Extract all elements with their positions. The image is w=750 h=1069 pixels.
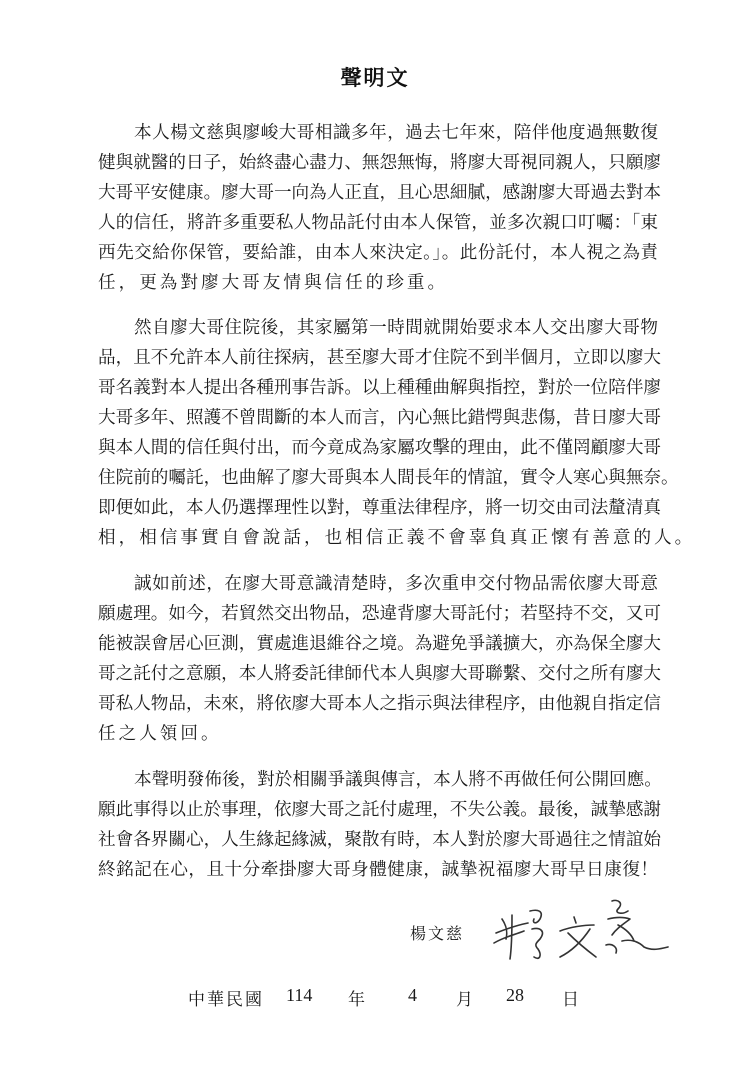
paragraph-line: 健與就醫的日子，始終盡心盡力、無怨無悔，將廖大哥視同親人，只願廖 <box>98 148 658 178</box>
paragraph-line: 社會各界關心，人生緣起緣滅，聚散有時，本人對於廖大哥過往之情誼始 <box>98 825 658 855</box>
paragraph-1: 本人楊文慈與廖峻大哥相識多年，過去七年來，陪伴他度過無數復 健與就醫的日子，始終… <box>98 118 658 298</box>
paragraph-line: 願此事得以止於事理，依廖大哥之託付處理，不失公義。最後，誠摯感謝 <box>98 795 658 825</box>
date-era: 中華民國 <box>188 985 264 1010</box>
paragraph-line: 任，更為對廖大哥友情與信任的珍重。 <box>98 268 658 298</box>
date-year-unit: 年 <box>348 985 365 1010</box>
date-month-unit: 月 <box>456 985 473 1010</box>
date-day: 28 <box>506 985 524 1006</box>
paragraph-line: 與本人間的信任與付出，而今竟成為家屬攻擊的理由，此不僅罔顧廖大哥 <box>98 433 658 463</box>
paragraph-line: 誠如前述，在廖大哥意識清楚時，多次重申交付物品需依廖大哥意 <box>98 569 658 599</box>
paragraph-line: 哥名義對本人提出各種刑事告訴。以上種種曲解與指控，對於一位陪伴廖 <box>98 373 658 403</box>
date-month: 4 <box>408 985 417 1006</box>
paragraph-line: 哥之託付之意願，本人將委託律師代本人與廖大哥聯繫、交付之所有廖大 <box>98 659 658 689</box>
paragraph-line: 相，相信事實自會說話，也相信正義不會辜負真正懷有善意的人。 <box>98 523 658 553</box>
paragraph-line: 能被誤會居心叵測，實處進退維谷之境。為避免爭議擴大，亦為保全廖大 <box>98 629 658 659</box>
date-day-unit: 日 <box>562 985 579 1010</box>
paragraph-line: 然自廖大哥住院後，其家屬第一時間就開始要求本人交出廖大哥物 <box>98 313 658 343</box>
document-title: 聲明文 <box>0 62 750 92</box>
paragraph-line: 哥私人物品，未來，將依廖大哥本人之指示與法律程序，由他親自指定信 <box>98 689 658 719</box>
paragraph-line: 住院前的囑託，也曲解了廖大哥與本人間長年的情誼，實令人寒心與無奈。 <box>98 463 658 493</box>
paragraph-line: 任之人領回。 <box>98 719 658 749</box>
paragraph-line: 人的信任，將許多重要私人物品託付由本人保管，並多次親口叮囑：「東 <box>98 208 658 238</box>
paragraph-line: 願處理。如今，若貿然交出物品，恐違背廖大哥託付；若堅持不交，又可 <box>98 599 658 629</box>
paragraph-line: 西先交給你保管，要給誰，由本人來決定。」。此份託付，本人視之為責 <box>98 238 658 268</box>
paragraph-line: 大哥多年、照護不曾間斷的本人而言，內心無比錯愕與悲傷，昔日廖大哥 <box>98 403 658 433</box>
date-year: 114 <box>286 985 312 1006</box>
paragraph-line: 本聲明發佈後，對於相關爭議與傳言，本人將不再做任何公開回應。 <box>98 765 658 795</box>
paragraph-3: 誠如前述，在廖大哥意識清楚時，多次重申交付物品需依廖大哥意 願處理。如今，若貿然… <box>98 569 658 749</box>
signer-name: 楊文慈 <box>410 921 464 944</box>
paragraph-line: 大哥平安健康。廖大哥一向為人正直，且心思細膩，感謝廖大哥過去對本 <box>98 178 658 208</box>
handwritten-signature-icon <box>488 895 688 965</box>
paragraph-line: 品，且不允許本人前往探病，甚至廖大哥才住院不到半個月，立即以廖大 <box>98 343 658 373</box>
paragraph-line: 本人楊文慈與廖峻大哥相識多年，過去七年來，陪伴他度過無數復 <box>98 118 658 148</box>
paragraph-line: 終銘記在心，且十分牽掛廖大哥身體健康，誠摯祝福廖大哥早日康復！ <box>98 855 658 885</box>
paragraph-line: 即便如此，本人仍選擇理性以對，尊重法律程序，將一切交由司法釐清真 <box>98 493 658 523</box>
paragraph-4: 本聲明發佈後，對於相關爭議與傳言，本人將不再做任何公開回應。 願此事得以止於事理… <box>98 765 658 885</box>
date-line: 中華民國 114 年 4 月 28 日 <box>188 985 568 1011</box>
paragraph-2: 然自廖大哥住院後，其家屬第一時間就開始要求本人交出廖大哥物 品，且不允許本人前往… <box>98 313 658 553</box>
